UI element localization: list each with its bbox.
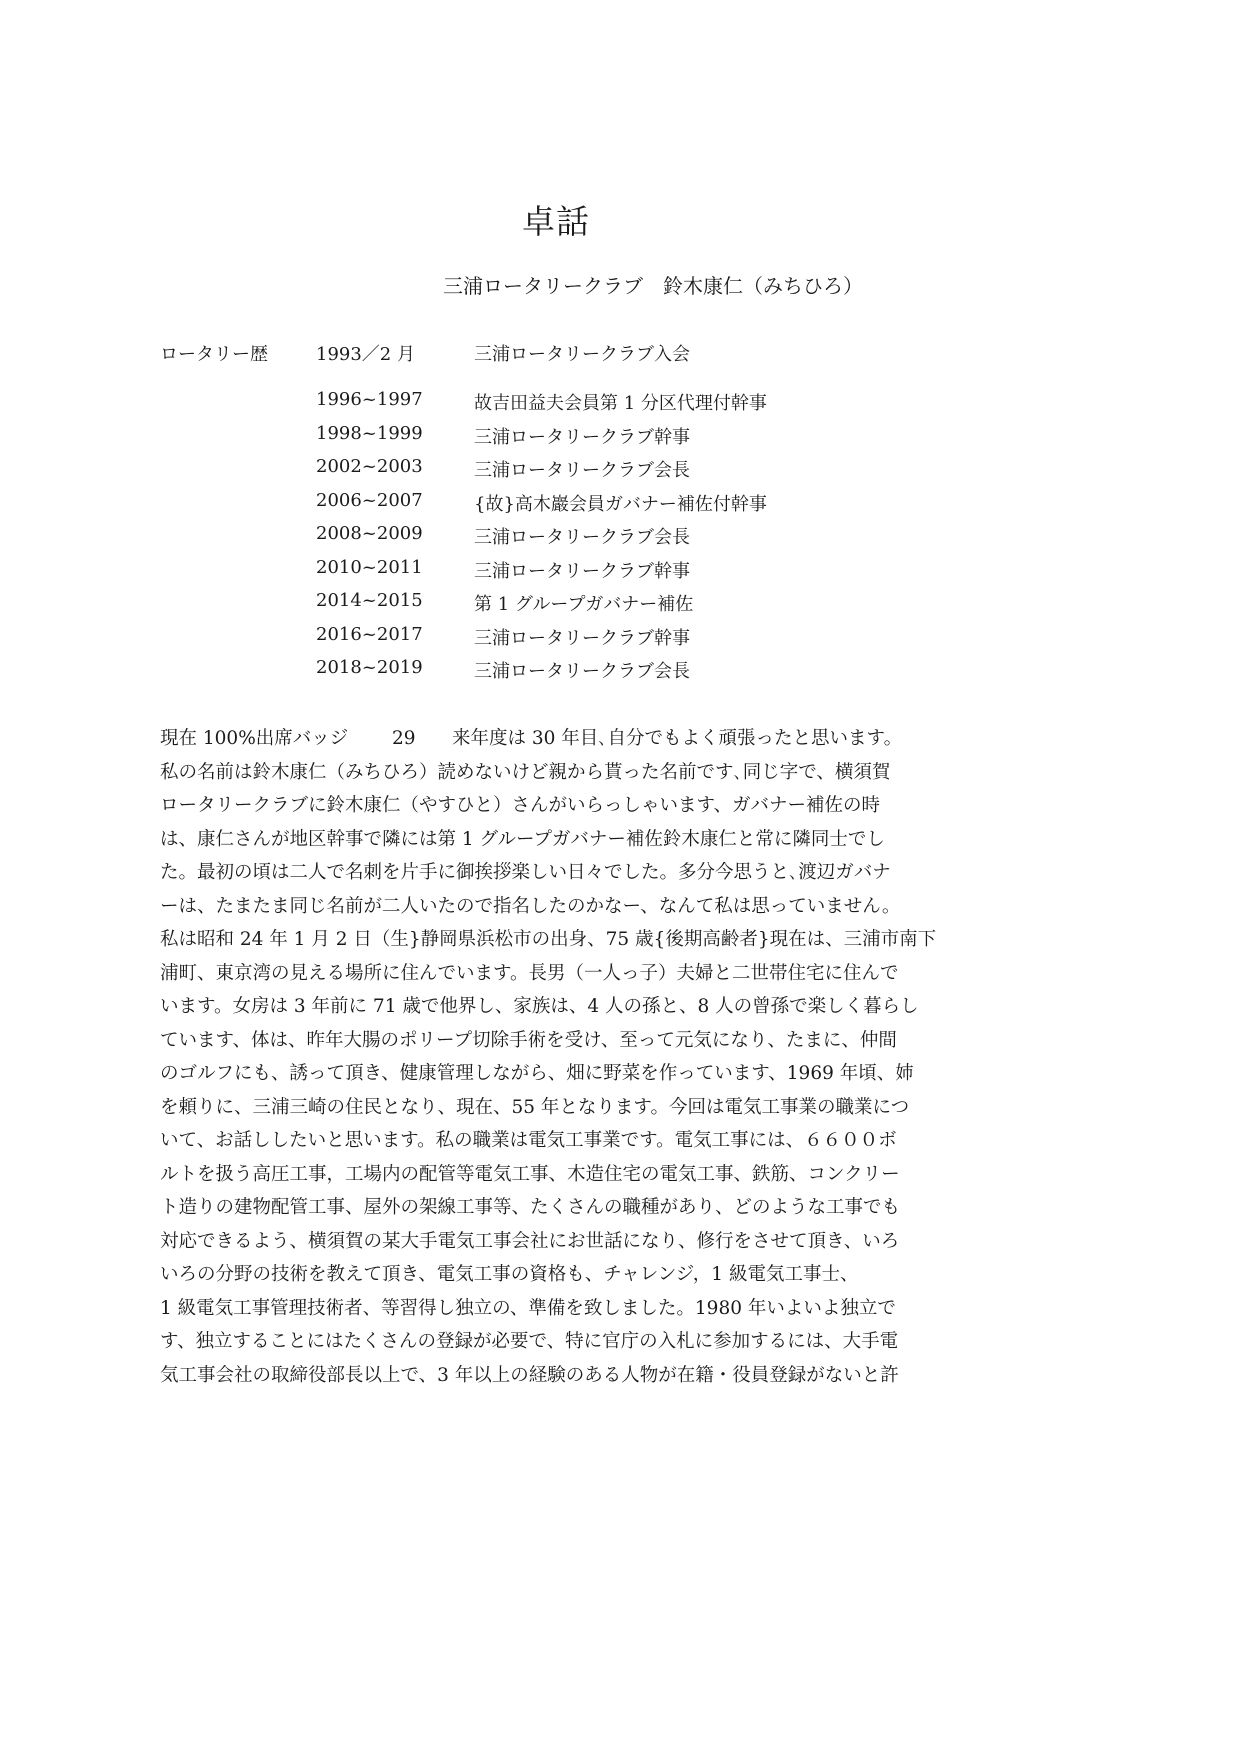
history-year: 2010~2011 xyxy=(316,557,423,578)
body-line: 気工事会社の取締役部長以上で、3 年以上の経験のある人物が在籍・役員登録がないと… xyxy=(160,1359,950,1393)
document-page: 卓話 三浦ロータリークラブ 鈴木康仁（みちひろ） ロータリー歴 1993／2 月… xyxy=(0,0,1241,1755)
author-line: 三浦ロータリークラブ 鈴木康仁（みちひろ） xyxy=(443,270,863,299)
body-line: は、康仁さんが地区幹事で隣には第 1 グループガバナー補佐鈴木康仁と常に隣同士で… xyxy=(160,823,950,857)
body-line: た。最初の頃は二人で名刺を片手に御挨拶楽しい日々でした。多分今思うと､渡辺ガバナ xyxy=(160,856,950,890)
history-year: 2002~2003 xyxy=(316,456,423,477)
history-year: 2014~2015 xyxy=(316,590,423,611)
body-line: 1 級電気工事管理技術者、等習得し独立の、準備を致しました。1980 年いよいよ… xyxy=(160,1292,950,1326)
history-label: ロータリー歴 xyxy=(160,340,268,366)
attendance-badge-count: 29 xyxy=(392,722,452,756)
history-year: 2016~2017 xyxy=(316,624,423,645)
attendance-line: 現在 100%出席バッジ29来年度は 30 年目､自分でもよく頑張ったと思います… xyxy=(160,722,950,756)
body-line: いて、お話ししたいと思います。私の職業は電気工事業です。電気工事には、６６００ボ xyxy=(160,1124,950,1158)
body-line: ルトを扱う高圧工事，工場内の配管等電気工事、木造住宅の電気工事、鉄筋、コンクリー xyxy=(160,1158,950,1192)
body-line: ト造りの建物配管工事、屋外の架線工事等、たくさんの職種があり、どのような工事でも xyxy=(160,1191,950,1225)
history-description: 三浦ロータリークラブ入会 xyxy=(474,340,690,366)
body-line: ロータリークラブに鈴木康仁（やすひと）さんがいらっしゃいます、ガバナー補佐の時 xyxy=(160,789,950,823)
history-description: 三浦ロータリークラブ幹事 xyxy=(474,624,690,650)
history-description: 三浦ロータリークラブ会長 xyxy=(474,456,690,482)
history-year: 2008~2009 xyxy=(316,523,423,544)
body-line: 浦町、東京湾の見える場所に住んでいます。長男（一人っ子）夫婦と二世帯住宅に住んで xyxy=(160,957,950,991)
attendance-note: 来年度は 30 年目､自分でもよく頑張ったと思います。 xyxy=(452,722,902,756)
body-line: 私の名前は鈴木康仁（みちひろ）読めないけど親から貰った名前です､同じ字で、横須賀 xyxy=(160,756,950,790)
history-description: 三浦ロータリークラブ幹事 xyxy=(474,557,690,583)
body-line: のゴルフにも、誘って頂き、健康管理しながら、畑に野菜を作っています、1969 年… xyxy=(160,1057,950,1091)
body-line: を頼りに、三浦三崎の住民となり、現在、55 年となります。今回は電気工事業の職業… xyxy=(160,1091,950,1125)
body-line: す、独立することにはたくさんの登録が必要で、特に官庁の入札に参加するには、大手電 xyxy=(160,1325,950,1359)
history-description: {故}高木巖会員ガバナー補佐付幹事 xyxy=(474,490,767,516)
body-line: 私は昭和 24 年 1 月 2 日（生}静岡県浜松市の出身、75 歳{後期高齢者… xyxy=(160,923,950,957)
body-line: いろの分野の技術を教えて頂き、電気工事の資格も、チャレンジ，1 級電気工事士、 xyxy=(160,1258,950,1292)
page-title: 卓話 xyxy=(0,196,1112,243)
history-description: 第 1 グループガバナー補佐 xyxy=(474,590,693,616)
body-line: ーは、たまたま同じ名前が二人いたので指名したのかなー、なんて私は思っていません。 xyxy=(160,890,950,924)
history-description: 三浦ロータリークラブ会長 xyxy=(474,523,690,549)
history-year: 2006~2007 xyxy=(316,490,423,511)
history-year: 1996~1997 xyxy=(316,389,423,410)
body-line: ています、体は、昨年大腸のポリープ切除手術を受け、至って元気になり、たまに、仲間 xyxy=(160,1024,950,1058)
history-year: 1993／2 月 xyxy=(316,340,415,366)
history-description: 故吉田益夫会員第 1 分区代理付幹事 xyxy=(474,389,767,415)
history-year: 2018~2019 xyxy=(316,657,423,678)
body-line: 対応できるよう、横須賀の某大手電気工事会社にお世話になり、修行をさせて頂き、いろ xyxy=(160,1225,950,1259)
history-description: 三浦ロータリークラブ幹事 xyxy=(474,423,690,449)
history-description: 三浦ロータリークラブ会長 xyxy=(474,657,690,683)
body-line: います。女房は 3 年前に 71 歳で他界し、家族は、4 人の孫と、8 人の曾孫… xyxy=(160,990,950,1024)
speech-body: 現在 100%出席バッジ29来年度は 30 年目､自分でもよく頑張ったと思います… xyxy=(160,722,950,1392)
history-year: 1998~1999 xyxy=(316,423,423,444)
attendance-badge-label: 現在 100%出席バッジ xyxy=(160,722,392,756)
